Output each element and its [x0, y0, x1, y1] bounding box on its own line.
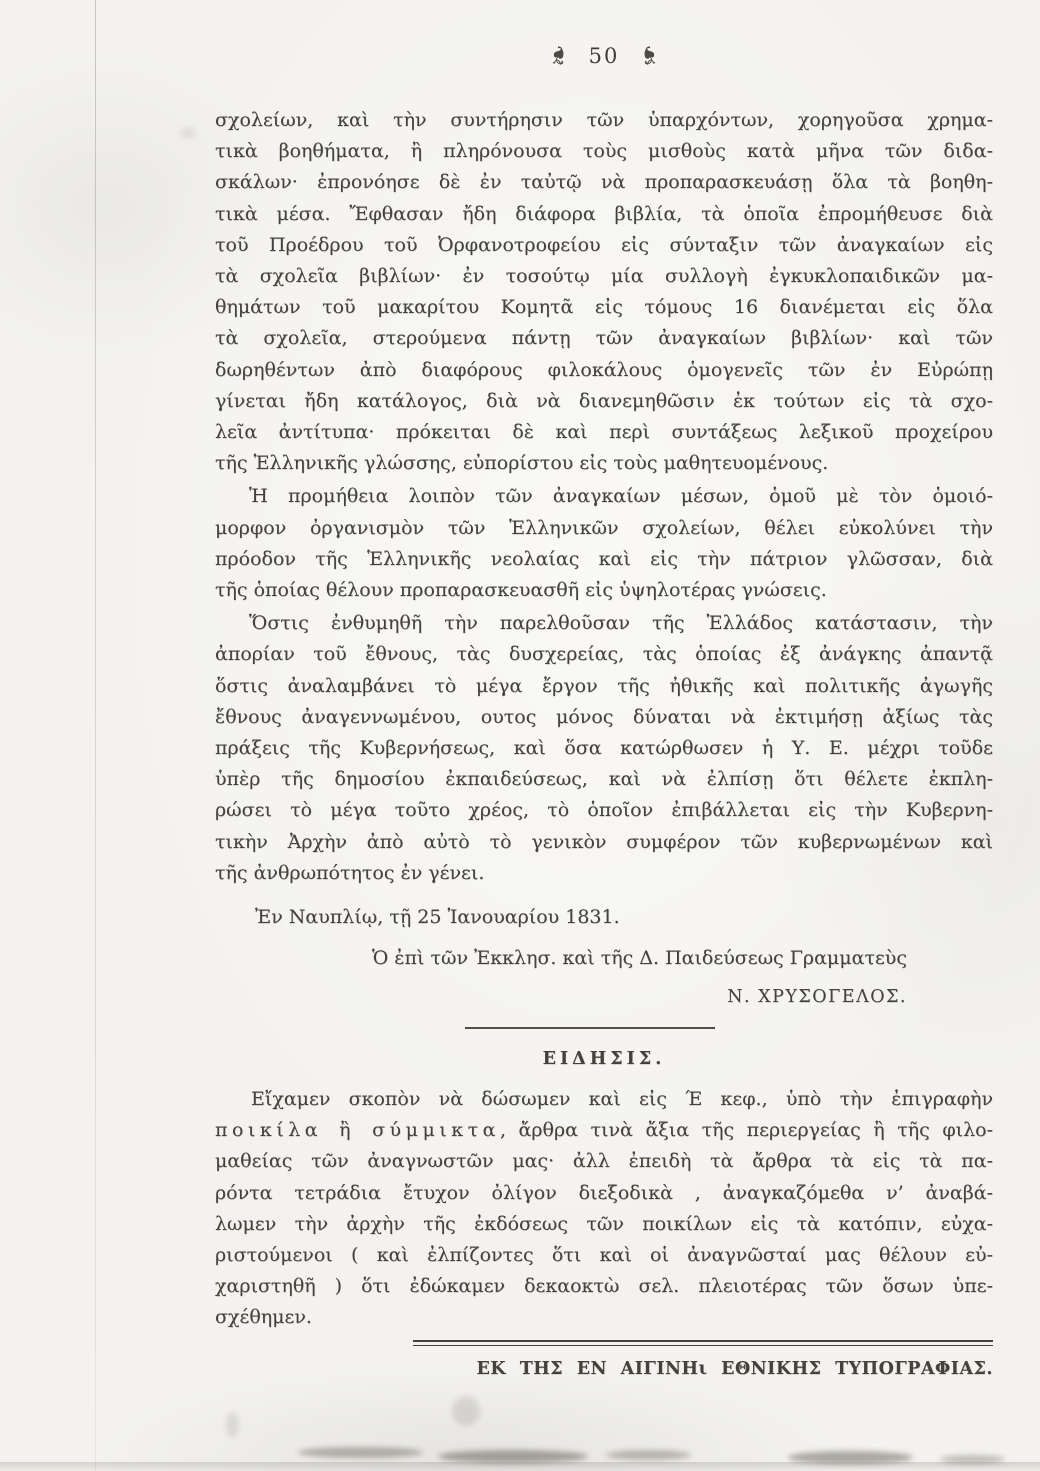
scan-smudge	[452, 1396, 480, 1426]
text-line: μαθείας τῶν ἀναγνωστῶν μας· ἀλλ ἐπειδὴ τ…	[215, 1146, 993, 1177]
text-line: Εἴχαμεν σκοπὸν νὰ δώσωμεν καὶ εἰς Έ κεφ.…	[215, 1084, 993, 1115]
dateline: Ἐν Ναυπλίῳ, τῇ 25 Ἰανουαρίου 1831.	[215, 902, 993, 933]
text-line: ὅστις ἀναλαμβάνει τὸ μέγα ἔργον τῆς ἠθικ…	[215, 671, 993, 702]
scan-smudge	[180, 128, 196, 138]
text-line: Ὅστις ἐνθυμηθῆ τὴν παρελθοῦσαν τῆς Ἑλλάδ…	[215, 608, 993, 639]
fleuron-left-icon: ❧	[546, 44, 573, 67]
section-divider	[465, 1027, 715, 1029]
text-line: τικὰ βοηθήματα, ἢ πληρόνουσα τοὺς μισθοὺ…	[215, 136, 993, 167]
text-line-rest: , ἄρθρα τινὰ ἄξια τῆς περιεργείας ἢ τῆς …	[500, 1119, 993, 1141]
text-line: τοῦ Προέδρου τοῦ Ὀρφανοτροφείου εἰς σύντ…	[215, 230, 993, 261]
text-line: λεῖα ἀντίτυπα· πρόκειται δὲ καὶ περὶ συν…	[215, 417, 993, 448]
signature-name: Ν. ΧΡΥΣΟΓΕΛΟΣ.	[215, 982, 907, 1013]
signature-block: Ὁ ἐπὶ τῶν Ἐκκλησ. καὶ τῆς Δ. Παιδεύσεως …	[215, 943, 993, 1013]
text-line: τὰ σχολεῖα, στερούμενα πάντῃ τῶν ἀναγκαί…	[215, 323, 993, 354]
text-line: ριστούμενοι ( καὶ ἐλπίζοντες ὅτι καὶ οἱ …	[215, 1240, 993, 1271]
text-line: σχέθημεν.	[215, 1302, 993, 1333]
notice-paragraph: Εἴχαμεν σκοπὸν νὰ δώσωμεν καὶ εἰς Έ κεφ.…	[215, 1084, 993, 1334]
text-line: τῆς ἀνθρωπότητος ἐν γένει.	[215, 858, 993, 889]
text-line: ρώσει τὸ μέγα τοῦτο χρέος, τὸ ὁποῖον ἐπι…	[215, 795, 993, 826]
text-line: τῆς ὁποίας θέλουν προπαρασκευασθῆ εἰς ὑψ…	[215, 575, 993, 606]
scan-edge-shadow	[0, 1462, 1040, 1471]
text-line: λωμεν τὴν ἀρχὴν τῆς ἐκδόσεως τῶν ποικίλω…	[215, 1209, 993, 1240]
scan-smudge	[226, 1412, 239, 1438]
emphasized-spaced-words: ποικίλα ἢ σύμμικτα	[215, 1119, 500, 1141]
text-line: ἔθνους ἀναγεννωμένου, ουτος μόνος δύνατα…	[215, 702, 993, 733]
text-line: τικὴν Ἀρχὴν ἀπὸ αὐτὸ τὸ γενικὸν συμφέρον…	[215, 827, 993, 858]
paragraph-continuation: σχολείων, καὶ τὴν συντήρησιν τῶν ὑπαρχόν…	[215, 105, 993, 479]
printer-imprint: ΕΚ ΤΗΣ ΕΝ ΑΙΓΙΝΗι ΕΘΝΙΚΗΣ ΤΥΠΟΓΡΑΦΙΑΣ.	[215, 1354, 993, 1385]
imprint-divider	[413, 1340, 993, 1346]
text-line: σχολείων, καὶ τὴν συντήρησιν τῶν ὑπαρχόν…	[215, 105, 993, 136]
text-line: Ἡ προμήθεια λοιπὸν τῶν ἀναγκαίων μέσων, …	[215, 481, 993, 512]
text-line: μορφον ὀργανισμὸν τῶν Ἑλληνικῶν σχολείων…	[215, 513, 993, 544]
page-number: 50	[589, 44, 620, 68]
notice-heading: ΕΙΔΗΣΙΣ.	[215, 1044, 993, 1075]
paragraph: Ὅστις ἐνθυμηθῆ τὴν παρελθοῦσαν τῆς Ἑλλάδ…	[215, 608, 993, 889]
page-body: σχολείων, καὶ τὴν συντήρησιν τῶν ὑπαρχόν…	[215, 105, 993, 1385]
text-line: τὰ σχολεῖα βιβλίων· ἐν τοσούτῳ μία συλλο…	[215, 261, 993, 292]
scan-smudge	[606, 1450, 691, 1460]
text-line: θημάτων τοῦ μακαρίτου Κομητᾶ εἰς τόμους …	[215, 292, 993, 323]
text-line: ρόντα τετράδια ἔτυχον ὀλίγον διεξοδικὰ ,…	[215, 1178, 993, 1209]
text-line: πράξεις τῆς Κυβερνήσεως, καὶ ὅσα κατώρθω…	[215, 733, 993, 764]
signature-role: Ὁ ἐπὶ τῶν Ἐκκλησ. καὶ τῆς Δ. Παιδεύσεως …	[215, 943, 907, 974]
paragraph: Ἡ προμήθεια λοιπὸν τῶν ἀναγκαίων μέσων, …	[215, 481, 993, 606]
fleuron-right-icon: ❧	[635, 44, 662, 67]
text-line: πρόοδον τῆς Ἑλληνικῆς νεολαίας καὶ εἰς τ…	[215, 544, 993, 575]
text-line: τῆς Ἑλληνικῆς γλώσσης, εὐπορίστου εἰς το…	[215, 448, 993, 479]
page-header: ❧ 50 ❧	[215, 42, 993, 69]
scanned-page: ❧ 50 ❧ σχολείων, καὶ τὴν συντήρησιν τῶν …	[0, 0, 1040, 1471]
text-line: σκάλων· ἐπρονόησε δὲ ἐν ταὐτῷ νὰ προπαρα…	[215, 167, 993, 198]
text-line: χαριστηθῆ ) ὅτι ἐδώκαμεν δεκαοκτὼ σελ. π…	[215, 1271, 993, 1302]
text-line: ποικίλα ἢ σύμμικτα, ἄρθρα τινὰ ἄξια τῆς …	[215, 1115, 993, 1146]
text-line: ὑπὲρ τῆς δημοσίου ἐκπαιδεύσεως, καὶ νὰ ἐ…	[215, 764, 993, 795]
scan-smudge	[298, 1447, 423, 1458]
text-line: ἀπορίαν τοῦ ἔθνους, τὰς δυσχερείας, τὰς …	[215, 639, 993, 670]
text-line: τικὰ μέσα. Ἔφθασαν ἤδη διάφορα βιβλία, τ…	[215, 199, 993, 230]
text-line: δωρηθέντων ἀπὸ διαφόρους φιλοκάλους ὁμογ…	[215, 355, 993, 386]
page-edge-line	[95, 0, 96, 1471]
text-line: γίνεται ἤδη κατάλογος, διὰ νὰ διανεμηθῶσ…	[215, 386, 993, 417]
